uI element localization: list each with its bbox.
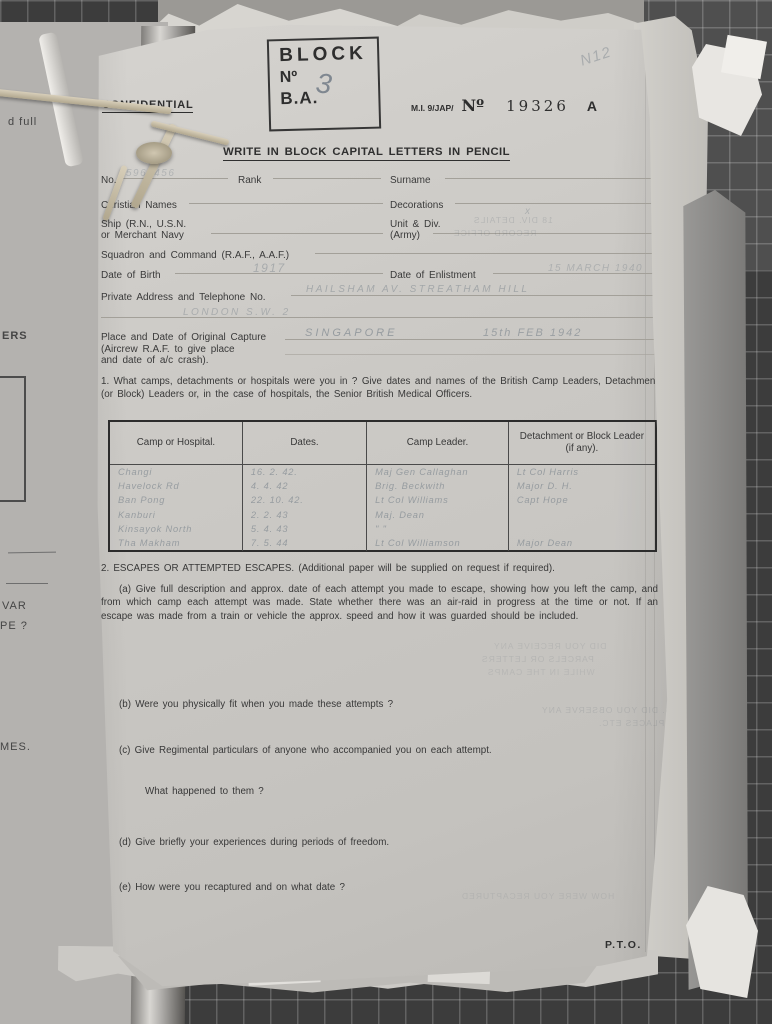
pencil-dob: 1917 xyxy=(253,261,286,275)
reference-number: M.I. 9/JAP/Nº19326A xyxy=(411,96,597,116)
camps-table: Camp or Hospital. Dates. Camp Leader. De… xyxy=(108,420,657,552)
bleedthrough-text: DID YOU RECEIVE ANY xyxy=(493,640,606,653)
table-cell: Maj. Dean xyxy=(375,510,502,524)
table-cell: Major D. H. xyxy=(517,481,649,495)
table-cell: Kinsayok North xyxy=(118,524,236,538)
pto-label: P.T.O. xyxy=(605,939,642,951)
table-cell: Lt Col Harris xyxy=(517,467,649,481)
document-page: CONFIDENTIAL BLOCK Nº B.A. 3 M.I. 9/JAP/… xyxy=(93,22,670,990)
field-line-surname xyxy=(445,178,656,179)
photo-of-document: d full ERS VAR PE ? MES. CONFIDENTIAL BL… xyxy=(0,0,772,1024)
table-cell: 4. 4. 42 xyxy=(251,481,360,495)
field-label-enlistment: Date of Enlistment xyxy=(390,270,476,281)
field-line-capture xyxy=(285,339,656,340)
table-cell xyxy=(517,510,649,524)
field-line-christian-names xyxy=(189,203,383,204)
block-number-stamp: BLOCK Nº B.A. 3 xyxy=(267,37,381,132)
bleedthrough-text: 5. DID YOU OBSERVE ANY xyxy=(541,704,670,717)
question-2c-text: (c) Give Regimental particulars of anyon… xyxy=(119,744,649,757)
table-cell: Tha Makham xyxy=(118,538,236,552)
table-cell: Havelock Rd xyxy=(118,481,236,495)
table-cell: 16. 2. 42. xyxy=(251,467,360,481)
instruction-heading-wrap: WRITE IN BLOCK CAPITAL LETTERS IN PENCIL xyxy=(93,142,640,161)
field-label-unit-div-2: (Army) xyxy=(390,230,420,241)
torn-paper-piece xyxy=(721,35,767,79)
table-cell: 5. 4. 43 xyxy=(251,524,360,538)
bleedthrough-text: HOW WERE YOU RECAPTURED xyxy=(461,890,614,903)
table-cell: Lt Col Williams xyxy=(375,495,502,509)
table-cell: Capt Hope xyxy=(517,495,649,509)
folder-edge xyxy=(682,190,748,998)
bleedthrough-text: PARCELS OR LETTERS xyxy=(481,653,594,666)
bleedthrough-text: 18 DIV. DETAILS xyxy=(473,214,553,227)
field-label-unit-div-1: Unit & Div. xyxy=(390,219,441,230)
table-cell: Kanburi xyxy=(118,510,236,524)
bleedthrough-text: RECORD OFFICE xyxy=(453,227,536,240)
fragment-text: PE ? xyxy=(0,620,28,632)
table-cell: Lt Col Williamson xyxy=(375,538,502,552)
header-dates: Dates. xyxy=(242,422,366,464)
fragment-text: VAR xyxy=(2,600,27,612)
field-label-capture-2: (Aircrew R.A.F. to give place xyxy=(101,344,235,355)
fragment-text: ERS xyxy=(2,330,28,342)
question-2-heading: 2. ESCAPES OR ATTEMPTED ESCAPES. (Additi… xyxy=(101,562,658,575)
field-line-capture-2 xyxy=(285,354,656,355)
twine-knot xyxy=(136,142,172,164)
field-label-decorations: Decorations xyxy=(390,200,443,211)
table-cell: Maj Gen Callaghan xyxy=(375,467,502,481)
field-label-ship-2: or Merchant Navy xyxy=(101,230,184,241)
header-detachment-leader: Detachment or Block Leader (if any). xyxy=(508,422,655,464)
pencil-capture-date: 15th FEB 1942 xyxy=(483,327,582,339)
field-line-squadron xyxy=(315,253,656,254)
table-cell: 2. 2. 43 xyxy=(251,510,360,524)
header-camp-leader: Camp Leader. xyxy=(366,422,508,464)
fragment-line xyxy=(6,583,48,584)
question-2c-followup-text: What happened to them ? xyxy=(145,785,545,798)
field-line-decorations xyxy=(455,203,656,204)
fragment-text: d full xyxy=(8,116,37,128)
field-label-squadron: Squadron and Command (R.A.F., A.A.F.) xyxy=(101,250,289,261)
handwritten-block-number: 3 xyxy=(314,67,333,101)
fragment-text: MES. xyxy=(0,741,31,753)
pencil-capture-place: SINGAPORE xyxy=(305,327,397,339)
field-label-surname: Surname xyxy=(390,175,431,186)
column-leader: Maj Gen Callaghan Brig. Beckwith Lt Col … xyxy=(366,465,508,551)
bleedthrough-text: PLACES ETC. xyxy=(598,717,664,730)
table-cell: Major Dean xyxy=(517,538,649,552)
pencil-address-1: HAILSHAM AV. STREATHAM HILL xyxy=(306,284,529,295)
bleedthrough-text: WHILE IN THE CAMPS xyxy=(487,666,595,679)
field-label-capture-3: and date of a/c crash). xyxy=(101,355,209,366)
pencil-address-2: LONDON S.W. 2 xyxy=(183,307,291,318)
column-detachment: Lt Col Harris Major D. H. Capt Hope Majo… xyxy=(508,465,655,551)
pencil-enlistment-date: 15 MARCH 1940 xyxy=(548,263,643,274)
camps-table-body: Changi Havelock Rd Ban Pong Kanburi Kins… xyxy=(110,465,655,551)
field-label-capture-1: Place and Date of Original Capture xyxy=(101,332,266,343)
table-cell: Brig. Beckwith xyxy=(375,481,502,495)
field-label-dob: Date of Birth xyxy=(101,270,161,281)
field-label-address: Private Address and Telephone No. xyxy=(101,292,266,303)
question-1-text: 1. What camps, detachments or hospitals … xyxy=(101,375,658,402)
table-cell: " " xyxy=(375,524,502,538)
field-line-address-1 xyxy=(291,295,656,296)
ref-number-value: 19326 xyxy=(506,97,569,115)
table-cell: Ban Pong xyxy=(118,495,236,509)
field-label-rank: Rank xyxy=(238,175,261,186)
ref-no-label: Nº xyxy=(462,96,485,115)
fragment-box-outline xyxy=(0,376,26,502)
column-camp: Changi Havelock Rd Ban Pong Kanburi Kins… xyxy=(110,465,242,551)
instruction-heading: WRITE IN BLOCK CAPITAL LETTERS IN PENCIL xyxy=(223,146,510,161)
table-cell: 22. 10. 42. xyxy=(251,495,360,509)
field-label-ship-1: Ship (R.N., U.S.N. xyxy=(101,219,186,230)
ref-series-letter: A xyxy=(587,98,597,114)
header-camp-or-hospital: Camp or Hospital. xyxy=(110,422,242,464)
field-line-ship xyxy=(211,233,383,234)
stamp-line-block: BLOCK xyxy=(279,43,378,68)
table-cell: Changi xyxy=(118,467,236,481)
table-cell xyxy=(517,524,649,538)
column-dates: 16. 2. 42. 4. 4. 42 22. 10. 42. 2. 2. 43… xyxy=(242,465,366,551)
field-line-rank xyxy=(273,178,381,179)
question-2d-text: (d) Give briefly your experiences during… xyxy=(119,836,649,849)
question-2a-text: (a) Give full description and approx. da… xyxy=(101,583,658,623)
camps-table-header: Camp or Hospital. Dates. Camp Leader. De… xyxy=(110,422,655,465)
ref-prefix: M.I. 9/JAP/ xyxy=(411,103,454,113)
table-cell: 7. 5. 44 xyxy=(251,538,360,552)
